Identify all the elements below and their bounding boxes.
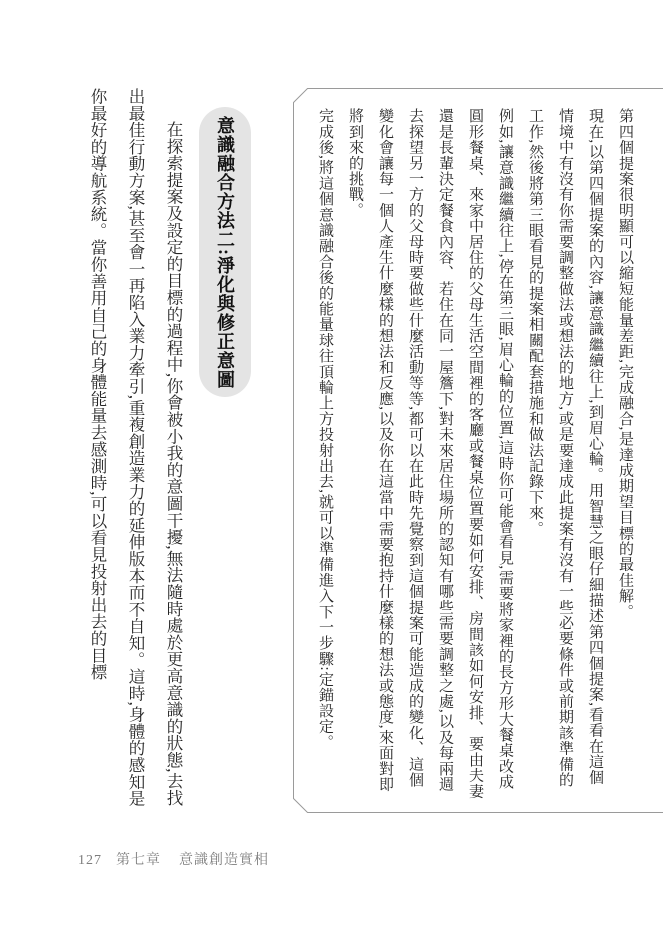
body-paragraph: 在探索提案及設定的目標的過程中,你會被小我的意圖干擾,無法隨時處於更高意識的狀態… [78,88,192,814]
section-title-pill: 意識融合方法二:淨化與修正意圖 [199,107,251,397]
content-box: 第四個提案很明顯可以縮短能量差距,完成融合,是達成期望目標的最佳解。 現在,以第… [310,108,640,800]
book-page: 第四個提案很明顯可以縮短能量差距,完成融合,是達成期望目標的最佳解。 現在,以第… [0,0,663,932]
body-text-block: 在探索提案及設定的目標的過程中,你會被小我的意圖干擾,無法隨時處於更高意識的狀態… [78,88,192,814]
box-paragraph: 現在,以第四個提案的內容,讓意識繼續往上,到眉心輪。用智慧之眼仔細描述第四個提案… [520,108,610,800]
box-paragraph: 第四個提案很明顯可以縮短能量差距,完成融合,是達成期望目標的最佳解。 [610,108,640,800]
section-title: 意識融合方法二:淨化與修正意圖 [212,116,238,389]
chapter-label: 第七章 [116,853,161,868]
page-footer: 127第七章意識創造實相 [78,849,269,869]
chapter-title: 意識創造實相 [179,853,269,868]
box-paragraph: 完成後,將這個意識融合後的能量球往頂輪上方投射出去,就可以準備進入下一步驟:定錨… [310,108,340,800]
page-number: 127 [78,853,102,868]
box-paragraph: 例如,讓意識繼續往上,停在第三眼,眉心輪的位置,這時你可能會看見,需要將家裡的長… [340,108,520,800]
